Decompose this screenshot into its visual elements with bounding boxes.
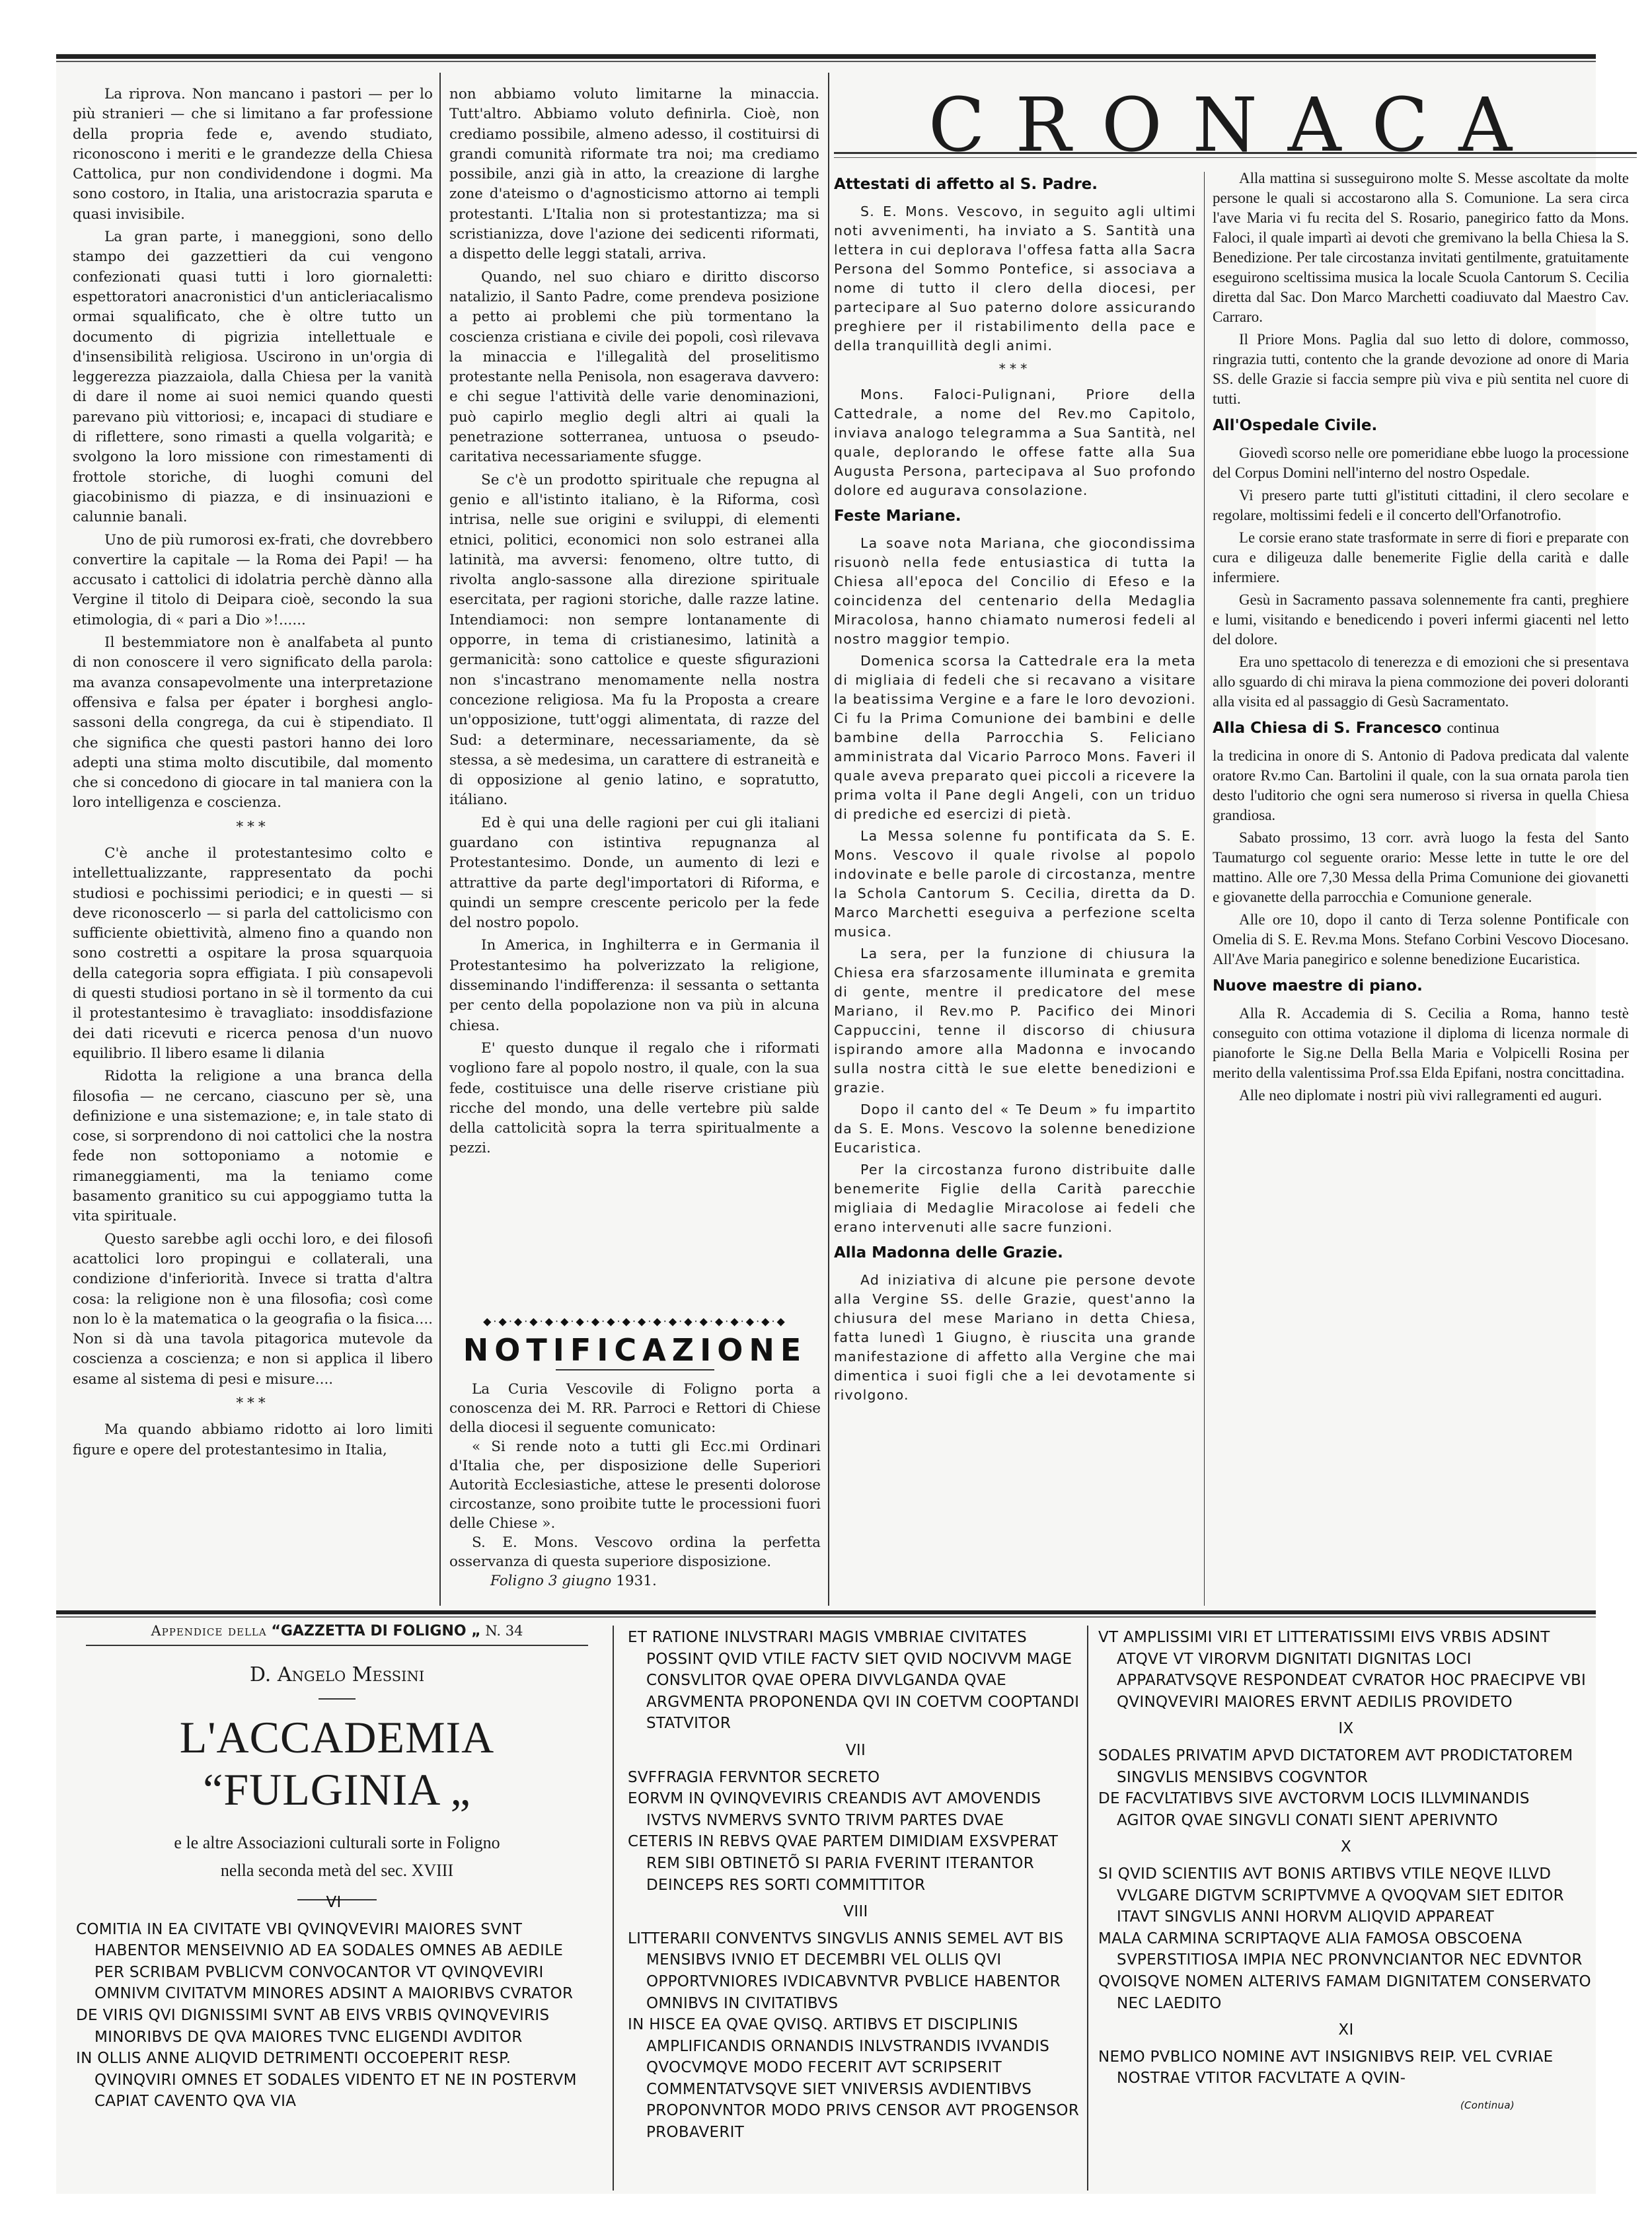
paragraph: S. E. Mons. Vescovo, in seguito agli ult… xyxy=(834,202,1196,356)
top-rule xyxy=(56,54,1596,59)
cronaca-column-right: Alla mattina si susseguirono molte S. Me… xyxy=(1213,169,1629,1609)
appendix-masthead: Appendice della “GAZZETTA DI FOLIGNO „ N… xyxy=(86,1612,588,1646)
latin-clause: SODALES PRIVATIM APVD DICTATOREM AVT PRO… xyxy=(1098,1745,1594,1788)
latin-clause: EORVM IN QVINQVEVIRIS CREANDIS AVT AMOVE… xyxy=(628,1788,1084,1831)
section-numeral: VII xyxy=(628,1740,1084,1762)
paragraph: la tredicina in onore di S. Antonio di P… xyxy=(1213,746,1629,825)
column-divider xyxy=(828,73,829,1606)
paragraph: « Si rende noto a tutti gli Ecc.mi Ordin… xyxy=(449,1437,821,1533)
cronaca-column-left: Attestati di affetto al S. Padre. S. E. … xyxy=(834,169,1196,1609)
section-title: Feste Mariane. xyxy=(834,507,1196,526)
section-numeral: XI xyxy=(1098,2019,1594,2041)
latin-clause: MALA CARMINA SCRIPTAQVE ALIA FAMOSA OBSC… xyxy=(1098,1928,1594,1971)
paragraph: Ma quando abbiamo ridotto ai loro limiti… xyxy=(73,1420,433,1460)
section-separator: *** xyxy=(73,817,433,837)
paragraph: Vi presero parte tutti gl'istituti citta… xyxy=(1213,486,1629,525)
notificazione-body: La Curia Vescovile di Foligno porta a co… xyxy=(449,1380,821,1591)
article-column-1: La riprova. Non mancano i pastori — per … xyxy=(73,85,433,1485)
paragraph: Le corsie erano state trasformate in ser… xyxy=(1213,528,1629,587)
section-numeral: VI xyxy=(76,1892,591,1914)
latin-clause: CETERIS IN REBVS QVAE PARTEM DIMIDIAM EX… xyxy=(628,1831,1084,1896)
section-title: Nuove maestre di piano. xyxy=(1213,976,1629,996)
paragraph: Alle neo diplomate i nostri più vivi ral… xyxy=(1213,1086,1629,1106)
paragraph: La soave nota Mariana, che giocondissima… xyxy=(834,534,1196,649)
paragraph: Gesù in Sacramento passava solennemente … xyxy=(1213,590,1629,650)
paragraph: C'è anche il protestantesimo colto e int… xyxy=(73,844,433,1064)
notificazione-box: ◆·◆·◆·◆·◆·◆·◆·◆·◆·◆·◆·◆·◆·◆·◆·◆·◆·◆·◆·◆ … xyxy=(449,1315,821,1591)
paragraph: La Messa solenne fu pontificata da S. E.… xyxy=(834,827,1196,942)
continued-label: (Continua) xyxy=(1098,2095,1594,2117)
paragraph: Uno de più rumorosi ex-frati, che dovreb… xyxy=(73,531,433,630)
appendix-title: L'ACCADEMIA “FULGINIA „ xyxy=(73,1711,601,1816)
latin-clause: DE VIRIS QVI DIGNISSIMI SVNT AB EIVS VRB… xyxy=(76,2005,591,2048)
heading-rule-thin xyxy=(834,157,1637,158)
article-column-2: non abbiamo voluto limitarne la minaccia… xyxy=(449,85,819,1248)
latin-column-2: ET RATIONE INLVSTRARI MAGIS VMBRIAE CIVI… xyxy=(628,1627,1084,2144)
latin-clause: ET RATIONE INLVSTRARI MAGIS VMBRIAE CIVI… xyxy=(628,1627,1084,1735)
paragraph: La gran parte, i maneggioni, sono dello … xyxy=(73,227,433,527)
paragraph: Il Priore Mons. Paglia dal suo letto di … xyxy=(1213,330,1629,409)
top-rule-thin xyxy=(56,61,1596,62)
paragraph: Quando, nel suo chiaro e diritto discors… xyxy=(449,268,819,468)
section-separator: *** xyxy=(73,1394,433,1413)
heading-rule xyxy=(834,152,1637,154)
section-separator: *** xyxy=(834,359,1196,379)
paragraph: Era uno spettacolo di tenerezza e di emo… xyxy=(1213,652,1629,712)
author-name: D. Angelo Messini xyxy=(73,1663,601,1686)
notificazione-date: Foligno 3 giugno 1931. xyxy=(490,1571,821,1591)
ornament-rule xyxy=(319,1698,356,1700)
paragraph: Dopo il canto del « Te Deum » fu imparti… xyxy=(834,1100,1196,1158)
paragraph: Alla R. Accademia di S. Cecilia a Roma, … xyxy=(1213,1004,1629,1083)
section-title: Alla Chiesa di S. Francesco continua xyxy=(1213,718,1629,738)
paragraph: Sabato prossimo, 13 corr. avrà luogo la … xyxy=(1213,828,1629,907)
column-divider xyxy=(1087,1626,1088,2191)
paragraph: Domenica scorsa la Cattedrale era la met… xyxy=(834,652,1196,824)
paragraph: Giovedì scorso nelle ore pomeridiane ebb… xyxy=(1213,443,1629,483)
paragraph: Ad iniziativa di alcune pie persone devo… xyxy=(834,1271,1196,1405)
paragraph: La sera, per la funzione di chiusura la … xyxy=(834,944,1196,1098)
paragraph: La riprova. Non mancano i pastori — per … xyxy=(73,85,433,225)
column-divider xyxy=(439,73,441,1606)
latin-clause: SVFFRAGIA FERVNTOR SECRETO xyxy=(628,1767,1084,1789)
latin-clause: IN OLLIS ANNE ALIQVID DETRIMENTI OCCOEPE… xyxy=(76,2048,591,2113)
section-title: Alla Madonna delle Grazie. xyxy=(834,1244,1196,1263)
latin-clause: COMITIA IN EA CIVITATE VBI QVINQVEVIRI M… xyxy=(76,1919,591,2005)
column-divider xyxy=(1204,172,1205,1606)
latin-clause: DE FACVLTATIBVS SIVE AVCTORVM LOCIS ILLV… xyxy=(1098,1788,1594,1831)
latin-clause: IN HISCE EA QVAE QVISQ. ARTIBVS ET DISCI… xyxy=(628,2014,1084,2144)
section-numeral: IX xyxy=(1098,1718,1594,1740)
paragraph: Questo sarebbe agli occhi loro, e dei fi… xyxy=(73,1230,433,1390)
latin-clause: VT AMPLISSIMI VIRI ET LITTERATISSIMI EIV… xyxy=(1098,1627,1594,1713)
paragraph: In America, in Inghilterra e in Germania… xyxy=(449,936,819,1035)
paragraph: Per la circostanza furono distribuite da… xyxy=(834,1160,1196,1237)
paragraph: Il bestemmiatore non è analfabeta al pun… xyxy=(73,633,433,813)
column-divider xyxy=(613,1626,614,2191)
latin-column-3: VT AMPLISSIMI VIRI ET LITTERATISSIMI EIV… xyxy=(1098,1627,1594,2116)
paragraph: E' questo dunque il regalo che i riforma… xyxy=(449,1039,819,1159)
latin-column-1: VI COMITIA IN EA CIVITATE VBI QVINQVEVIR… xyxy=(76,1887,591,2113)
section-title: Attestati di affetto al S. Padre. xyxy=(834,175,1196,194)
section-title: All'Ospedale Civile. xyxy=(1213,416,1629,435)
latin-clause: NEMO PVBLICO NOMINE AVT INSIGNIBVS REIP.… xyxy=(1098,2046,1594,2089)
section-numeral: X xyxy=(1098,1836,1594,1858)
section-numeral: VIII xyxy=(628,1901,1084,1923)
notificazione-title: NOTIFICAZIONE xyxy=(449,1332,821,1368)
appendix-subtitle: e le altre Associazioni culturali sorte … xyxy=(73,1829,601,1885)
paragraph: La Curia Vescovile di Foligno porta a co… xyxy=(449,1380,821,1437)
ornament-rule xyxy=(556,1369,714,1370)
diamond-ornament-icon: ◆·◆·◆·◆·◆·◆·◆·◆·◆·◆·◆·◆·◆·◆·◆·◆·◆·◆·◆·◆ xyxy=(449,1315,821,1330)
latin-clause: LITTERARII CONVENTVS SINGVLIS ANNIS SEME… xyxy=(628,1928,1084,2014)
latin-clause: QVOISQVE NOMEN ALTERIVS FAMAM DIGNITATEM… xyxy=(1098,1971,1594,2014)
appendix-header: Appendice della “GAZZETTA DI FOLIGNO „ N… xyxy=(73,1612,601,1915)
paragraph: non abbiamo voluto limitarne la minaccia… xyxy=(449,85,819,265)
paragraph: Ed è qui una delle ragioni per cui gli i… xyxy=(449,813,819,934)
paragraph: Alla mattina si susseguirono molte S. Me… xyxy=(1213,169,1629,327)
paragraph: S. E. Mons. Vescovo ordina la perfetta o… xyxy=(449,1533,821,1571)
latin-clause: SI QVID SCIENTIIS AVT BONIS ARTIBVS VTIL… xyxy=(1098,1863,1594,1928)
paragraph: Alle ore 10, dopo il canto di Terza sole… xyxy=(1213,910,1629,969)
paragraph: Se c'è un prodotto spirituale che repugn… xyxy=(449,470,819,811)
paragraph: Mons. Faloci-Pulignani, Priore della Cat… xyxy=(834,385,1196,500)
paragraph: Ridotta la religione a una branca della … xyxy=(73,1067,433,1226)
